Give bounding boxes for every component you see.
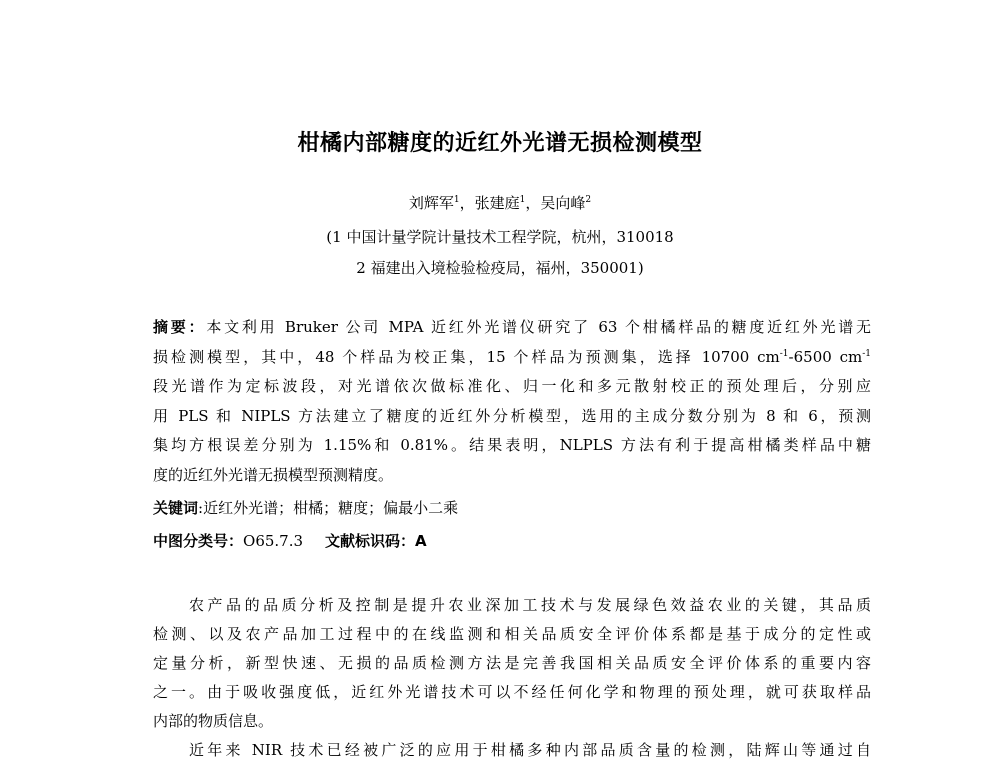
body-line: 内部的物质信息。 — [153, 707, 871, 736]
body-line: 农产品的品质分析及控制是提升农业深加工技术与发展绿色效益农业的关键，其品质 — [153, 591, 871, 620]
body-line: 之一。由于吸收强度低，近红外光谱技术可以不经任何化学和物理的预处理，就可获取样品 — [153, 678, 871, 707]
body-text: 农产品的品质分析及控制是提升农业深加工技术与发展绿色效益农业的关键，其品质 检测… — [153, 591, 871, 760]
abstract-line: 损检测模型，其中，48 个样品为校正集，15 个样品为预测集，选择 10700 … — [153, 343, 871, 373]
keywords-label: 关键词 — [153, 499, 198, 517]
doc-code-label: 文献标识码： — [325, 532, 415, 550]
affiliation-2: 2 福建出入境检验检疫局，福州，350001) — [0, 258, 1000, 278]
author-name: 张建庭 — [475, 194, 520, 212]
body-line: 检测、以及农产品加工过程中的在线监测和相关品质安全评价体系都是基于成分的定性或 — [153, 620, 871, 649]
author-separator: ， — [525, 194, 540, 212]
keywords: 关键词:近红外光谱；柑橘；糖度；偏最小二乘 — [153, 498, 458, 518]
paper-title: 柑橘内部糖度的近红外光谱无损检测模型 — [0, 126, 1000, 157]
author-affiliation-mark: 2 — [585, 195, 591, 205]
classification-line: 中图分类号：O65.7.3文献标识码：A — [153, 531, 427, 551]
body-line: 近年来 NIR 技术已经被广泛的应用于柑橘多种内部品质含量的检测，陆辉山等通过自 — [153, 736, 871, 760]
abstract-line: 集均方根误差分别为 1.15%和 0.81%。结果表明，NLPLS 方法有利于提… — [153, 431, 871, 461]
abstract-label: 摘要： — [153, 318, 206, 336]
author-separator: ， — [460, 194, 475, 212]
author-name: 吴向峰 — [540, 194, 585, 212]
author-name: 刘辉军 — [409, 194, 454, 212]
abstract-line: 段光谱作为定标波段，对光谱依次做标准化、归一化和多元散射校正的预处理后，分别应 — [153, 372, 871, 402]
clc-label: 中图分类号： — [153, 532, 243, 550]
abstract-line: 用 PLS 和 NIPLS 方法建立了糖度的近红外分析模型，选用的主成分数分别为… — [153, 402, 871, 432]
abstract: 摘要：本文利用 Bruker 公司 MPA 近红外光谱仪研究了 63 个柑橘样品… — [153, 313, 871, 490]
keywords-text: 近红外光谱；柑橘；糖度；偏最小二乘 — [203, 499, 458, 517]
doc-code-value: A — [415, 532, 427, 550]
body-line: 定量分析，新型快速、无损的品质检测方法是完善我国相关品质安全评价体系的重要内容 — [153, 649, 871, 678]
paper-page: 柑橘内部糖度的近红外光谱无损检测模型 刘辉军1，张建庭1，吴向峰2 (1 中国计… — [0, 0, 1000, 760]
abstract-line: 摘要：本文利用 Bruker 公司 MPA 近红外光谱仪研究了 63 个柑橘样品… — [153, 313, 871, 343]
clc-value: O65.7.3 — [243, 532, 303, 550]
author-list: 刘辉军1，张建庭1，吴向峰2 — [0, 193, 1000, 213]
abstract-line: 度的近红外光谱无损模型预测精度。 — [153, 461, 871, 491]
affiliation-1: (1 中国计量学院计量技术工程学院，杭州，310018 — [0, 227, 1000, 247]
